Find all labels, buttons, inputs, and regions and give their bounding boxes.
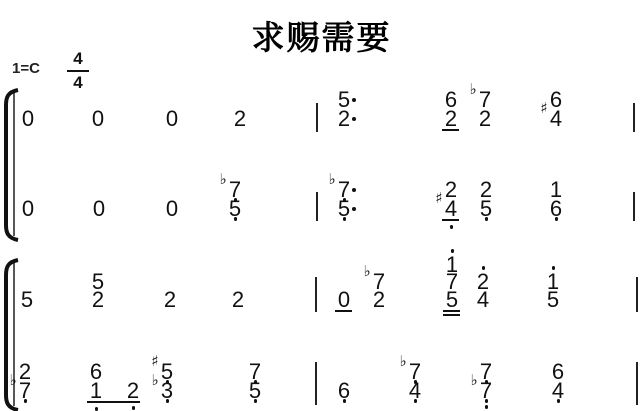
note-digit: 0 [335, 291, 353, 309]
flat-accidental: ♭ [468, 374, 480, 387]
note-digit: 4 [406, 382, 424, 400]
note-digit: 5 [335, 200, 353, 218]
note-digit: 0 [89, 110, 107, 128]
sharp-accidental: ♯ [149, 355, 161, 368]
flat-accidental: ♭ [217, 173, 229, 186]
octave-dot-low [485, 217, 489, 221]
note-digit: 5 [544, 291, 562, 309]
octave-dot-low [485, 405, 489, 409]
measure-barline [633, 192, 635, 221]
duration-dot [352, 188, 356, 192]
sharp-accidental: ♯ [538, 102, 550, 115]
octave-dot-high [482, 266, 486, 270]
octave-dot-low [234, 217, 238, 221]
note-digit: 2 [124, 382, 142, 400]
note-digit: 5 [246, 382, 264, 400]
duration-dot [352, 98, 356, 102]
note-digit: 4 [474, 291, 492, 309]
octave-dot-low [343, 399, 347, 403]
flat-accidental: ♭ [326, 173, 338, 186]
note-digit: 2 [476, 110, 494, 128]
measure-barline [316, 103, 318, 132]
time-signature-numerator: 4 [66, 50, 90, 70]
score-page: 求赐需要 1=C 4 4 000252627♭264♯0007♭57♭524♯2… [0, 0, 643, 411]
key-signature: 1=C [12, 60, 40, 77]
measure-barline [636, 362, 638, 405]
octave-dot-low [485, 399, 489, 403]
underline [442, 129, 459, 131]
note-digit: 6 [335, 382, 353, 400]
note-digit: 4 [549, 382, 567, 400]
flat-accidental: ♭ [149, 374, 161, 387]
octave-dot-low [254, 399, 258, 403]
measure-barline [315, 362, 317, 405]
octave-dot-low [557, 399, 561, 403]
page-title: 求赐需要 [0, 12, 643, 59]
measure-barline [315, 277, 317, 312]
duration-dot [352, 117, 356, 121]
time-signature-fraction-line [67, 70, 89, 72]
note-digit: 1 [87, 382, 105, 400]
note-digit: 0 [19, 110, 37, 128]
underline [335, 310, 352, 312]
note-digit: 2 [89, 291, 107, 309]
octave-dot-low [132, 406, 136, 410]
note-digit: 2 [231, 110, 249, 128]
note-digit: 2 [370, 291, 388, 309]
flat-accidental: ♭ [467, 83, 479, 96]
flat-accidental: ♭ [361, 265, 373, 278]
octave-dot-low [450, 225, 454, 229]
underline [443, 314, 460, 316]
note-digit: 2 [229, 291, 247, 309]
octave-dot-high [552, 266, 556, 270]
measure-barline [633, 103, 635, 132]
octave-dot-low [24, 399, 28, 403]
time-signature: 4 4 [66, 50, 90, 92]
time-signature-denominator: 4 [66, 74, 90, 92]
octave-dot-low [95, 407, 99, 411]
sharp-accidental: ♯ [433, 192, 445, 205]
underline [443, 310, 460, 312]
octave-dot-low [414, 399, 418, 403]
note-digit: 0 [163, 110, 181, 128]
note-digit: 2 [161, 291, 179, 309]
note-digit: 6 [547, 200, 565, 218]
note-digit: 5 [477, 200, 495, 218]
note-digit: 2 [335, 110, 353, 128]
note-digit: 0 [90, 200, 108, 218]
octave-dot-high [451, 249, 455, 253]
underline [442, 219, 459, 221]
flat-accidental: ♭ [7, 374, 19, 387]
note-digit: 5 [226, 200, 244, 218]
octave-dot-low [343, 217, 347, 221]
note-digit: 0 [163, 200, 181, 218]
octave-dot-low [166, 399, 170, 403]
flat-accidental: ♭ [397, 355, 409, 368]
note-digit: 0 [19, 200, 37, 218]
note-digit: 5 [443, 291, 461, 309]
note-digit: 2 [442, 110, 460, 128]
measure-barline [636, 277, 638, 312]
measure-barline [316, 192, 318, 221]
duration-dot [352, 207, 356, 211]
octave-dot-low [555, 217, 559, 221]
note-digit: 5 [18, 291, 36, 309]
